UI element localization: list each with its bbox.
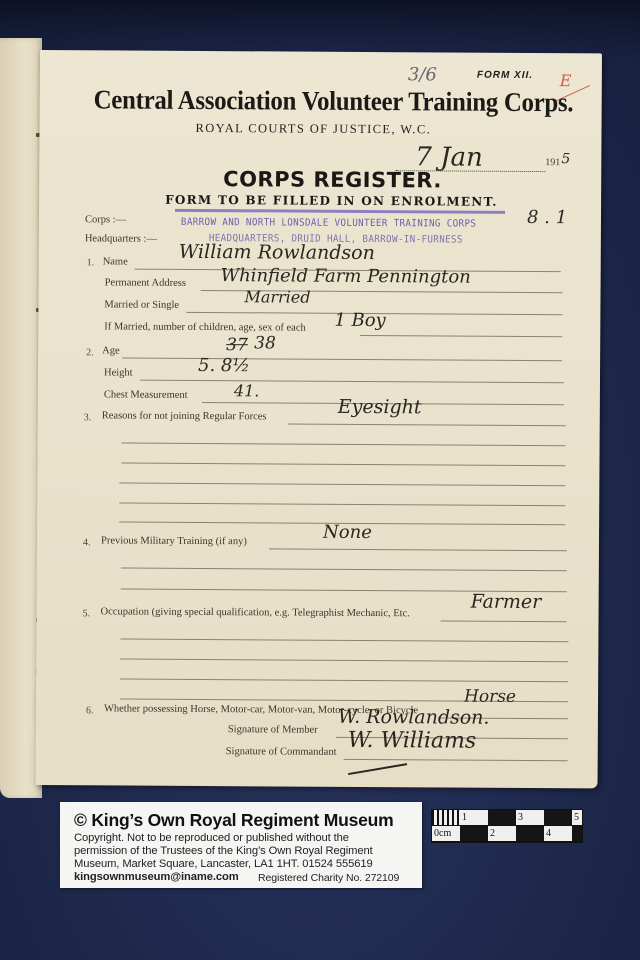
scale-cell (572, 826, 582, 841)
age-label: Age (102, 345, 120, 356)
member-signature: W. Rowlandson. (338, 706, 490, 729)
blank-rule (122, 443, 566, 447)
occupation-rule (441, 620, 567, 622)
date-year-handwritten: 5 (561, 151, 570, 167)
chest-label: Chest Measurement (104, 389, 188, 401)
register-subheading: FORM TO BE FILLED IN ON ENROLMENT. (165, 193, 498, 209)
blank-rule (120, 639, 568, 643)
commandant-signature-rule (344, 759, 568, 761)
address-line: Museum, Market Square, Lancaster, LA1 1H… (74, 858, 373, 870)
commandant-signature-label: Signature of Commandant (226, 746, 337, 758)
training-rule (269, 548, 567, 551)
scale-cell: 2 (488, 826, 516, 841)
field-number: 1. (87, 257, 95, 268)
scale-cell: 3 (516, 810, 544, 825)
age-value: 38 (254, 333, 276, 353)
copyright-line: permission of the Trustees of the King’s… (74, 845, 373, 857)
training-value: None (323, 522, 372, 543)
headquarters-label: Headquarters :— (85, 233, 157, 244)
reasons-value: Eyesight (338, 396, 422, 419)
reference-note: 8 . 1 (527, 207, 567, 228)
field-number: 6. (86, 705, 94, 716)
children-label: If Married, number of children, age, sex… (104, 321, 306, 333)
field-number: 2. (86, 347, 94, 358)
reasons-label: Reasons for not joining Regular Forces (102, 410, 267, 422)
scale-cell: 5 (572, 810, 582, 825)
member-signature-label: Signature of Member (228, 724, 318, 736)
form-page: 3/6 FORM XII. E Central Association Volu… (36, 50, 602, 788)
stamp-underline (175, 209, 505, 214)
occupation-label: Occupation (giving special qualification… (101, 606, 410, 619)
scale-mm-ticks (432, 810, 460, 825)
document-title: Central Association Volunteer Training C… (94, 84, 574, 118)
name-value: William Rowlandson (179, 241, 375, 264)
corps-label: Corps :— (85, 214, 126, 225)
scale-cell: 4 (544, 826, 572, 841)
museum-copyright-label: © King’s Own Royal Regiment Museum Copyr… (60, 802, 422, 888)
occupation-value: Farmer (471, 591, 542, 613)
corps-stamp: BARROW AND NORTH LONSDALE VOLUNTEER TRAI… (181, 217, 476, 230)
field-number: 3. (84, 412, 92, 423)
museum-name: © King’s Own Royal Regiment Museum (74, 810, 394, 831)
centimeter-scale-bar: 1 3 5 0cm 2 4 (431, 809, 583, 843)
age-struck-value: 37 (226, 335, 248, 355)
blank-rule (120, 679, 568, 683)
height-rule (140, 380, 564, 384)
address-label: Permanent Address (105, 277, 186, 288)
scale-cell (488, 810, 516, 825)
field-number: 4. (83, 537, 91, 548)
address-value: Whinfield Farm Pennington (221, 265, 471, 288)
register-heading: CORPS REGISTER. (223, 167, 442, 192)
children-value: 1 Boy (334, 310, 386, 331)
scale-cell (460, 826, 488, 841)
training-label: Previous Military Training (if any) (101, 535, 247, 547)
scale-cell: 1 (460, 810, 488, 825)
signature-flourish (348, 763, 407, 775)
field-number: 5. (83, 608, 91, 619)
copyright-line: Copyright. Not to be reproduced or publi… (74, 832, 349, 844)
scale-cell (516, 826, 544, 841)
children-rule (360, 335, 562, 337)
document-subtitle: ROYAL COURTS OF JUSTICE, W.C. (195, 121, 431, 137)
blank-rule (119, 502, 565, 506)
date-year-printed: 191 (545, 157, 560, 168)
name-label: Name (103, 256, 128, 267)
pencil-note: 3/6 (408, 64, 437, 85)
form-number: FORM XII. (477, 70, 533, 81)
scale-cell (544, 810, 572, 825)
height-value: 5. 8½ (198, 355, 250, 376)
marital-label: Married or Single (104, 299, 179, 310)
reasons-rule (288, 424, 566, 427)
blank-rule (120, 659, 568, 663)
museum-email: kingsownmuseum@iname.com (74, 871, 239, 883)
vehicle-value: Horse (464, 687, 516, 707)
charity-number: Registered Charity No. 272109 (258, 872, 399, 884)
commandant-signature: W. Williams (348, 728, 477, 754)
height-label: Height (104, 367, 133, 378)
blank-rule (121, 568, 567, 572)
chest-value: 41. (234, 381, 260, 400)
blank-rule (121, 463, 565, 467)
blank-rule (119, 482, 565, 486)
age-rule (122, 358, 562, 362)
marital-value: Married (244, 287, 310, 306)
scale-cell: 0cm (432, 826, 460, 841)
